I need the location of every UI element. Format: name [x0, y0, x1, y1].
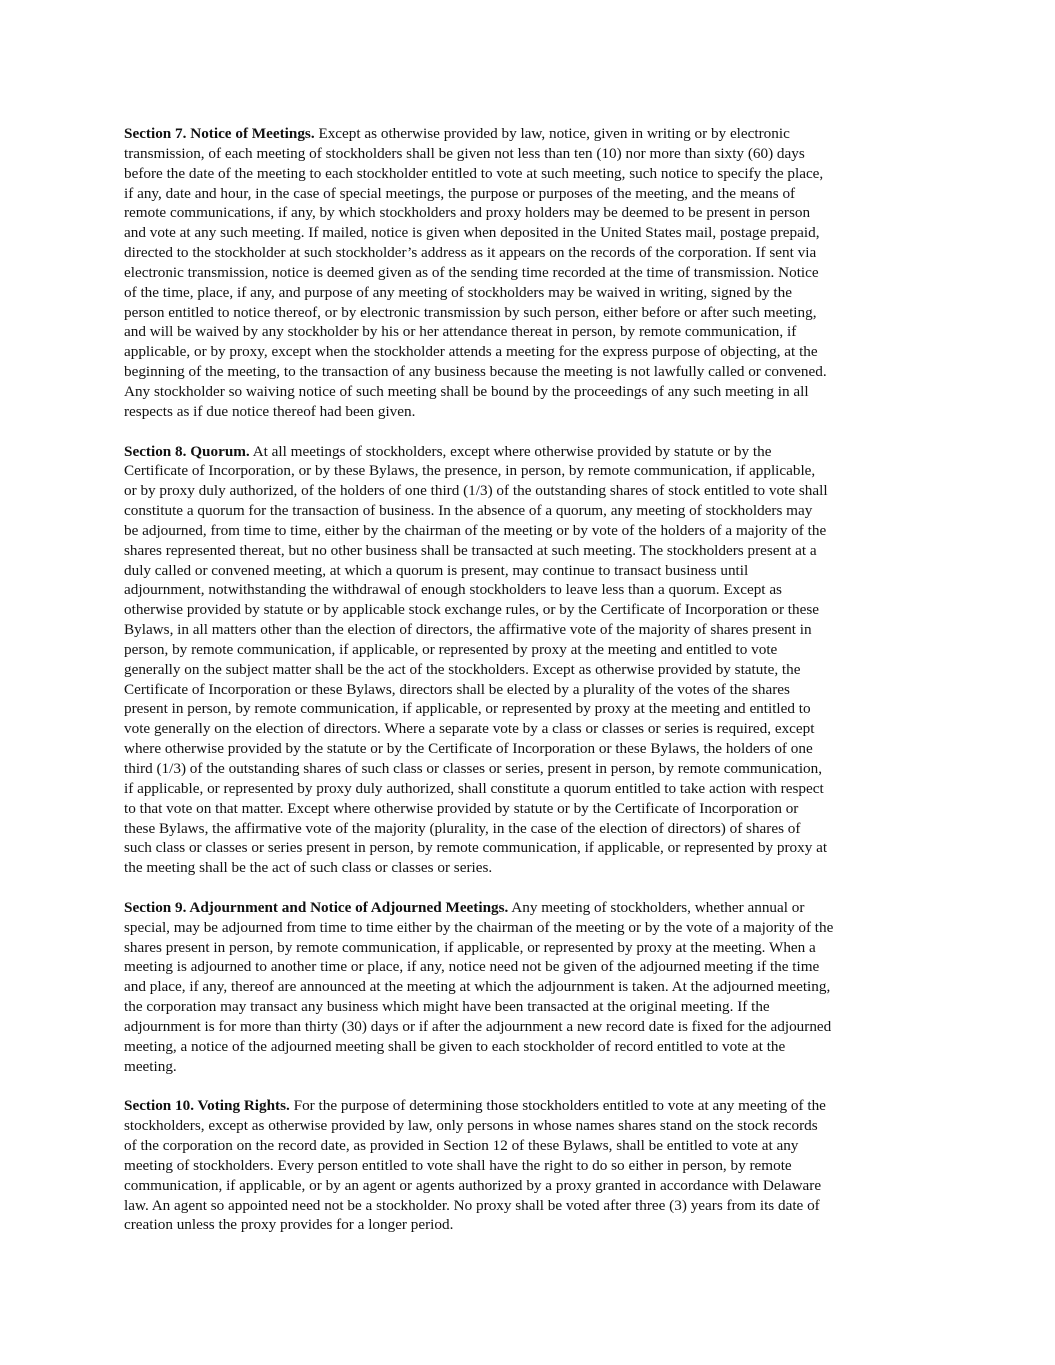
- section-first-line: Section 7. Notice of Meetings. Except as…: [124, 124, 944, 144]
- section-line: person entitled to notice thereof, or by…: [124, 303, 944, 323]
- section-heading: Section 9. Adjournment and Notice of Adj…: [124, 899, 508, 916]
- section-line: shares represented thereat, but no other…: [124, 541, 944, 561]
- section-heading: Section 8. Quorum.: [124, 443, 250, 460]
- section-line: and will be waived by any stockholder by…: [124, 322, 944, 342]
- document-page: Section 7. Notice of Meetings. Except as…: [124, 124, 944, 1255]
- section-line: such class or classes or series present …: [124, 838, 944, 858]
- section-line: and place, if any, thereof are announced…: [124, 977, 944, 997]
- section-line: applicable, or by proxy, except when the…: [124, 342, 944, 362]
- section-line: constitute a quorum for the transaction …: [124, 501, 944, 521]
- section-line: meeting, a notice of the adjourned meeti…: [124, 1037, 944, 1057]
- section-line: meeting.: [124, 1057, 944, 1077]
- section-line: Certificate of Incorporation or these By…: [124, 680, 944, 700]
- section-line: respects as if due notice thereof had be…: [124, 402, 944, 422]
- section-line: adjournment is for more than thirty (30)…: [124, 1017, 944, 1037]
- section-line: electronic transmission, notice is deeme…: [124, 263, 944, 283]
- section-line: to that vote on that matter. Except wher…: [124, 799, 944, 819]
- section-line: remote communications, if any, by which …: [124, 203, 944, 223]
- section-line: meeting is adjourned to another time or …: [124, 957, 944, 977]
- section-line: creation unless the proxy provides for a…: [124, 1215, 944, 1235]
- section-line: adjournment, notwithstanding the withdra…: [124, 580, 944, 600]
- section-text: At all meetings of stockholders, except …: [250, 443, 772, 460]
- section-line: special, may be adjourned from time to t…: [124, 918, 944, 938]
- section-line: these Bylaws, the affirmative vote of th…: [124, 819, 944, 839]
- section-line: Certificate of Incorporation, or by thes…: [124, 461, 944, 481]
- section-line: if applicable, or represented by proxy d…: [124, 779, 944, 799]
- section-line: shares present in person, by remote comm…: [124, 938, 944, 958]
- section-line: third (1/3) of the outstanding shares of…: [124, 759, 944, 779]
- section-line: before the date of the meeting to each s…: [124, 164, 944, 184]
- section-first-line: Section 10. Voting Rights. For the purpo…: [124, 1096, 944, 1116]
- section-line: Bylaws, in all matters other than the el…: [124, 620, 944, 640]
- section-line: transmission, of each meeting of stockho…: [124, 144, 944, 164]
- section-text: For the purpose of determining those sto…: [290, 1097, 826, 1114]
- section-line: law. An agent so appointed need not be a…: [124, 1196, 944, 1216]
- section-line: and vote at any such meeting. If mailed,…: [124, 223, 944, 243]
- section-line: person, by remote communication, if appl…: [124, 640, 944, 660]
- section-line: directed to the stockholder at such stoc…: [124, 243, 944, 263]
- section-line: beginning of the meeting, to the transac…: [124, 362, 944, 382]
- section-line: generally on the subject matter shall be…: [124, 660, 944, 680]
- section-first-line: Section 8. Quorum. At all meetings of st…: [124, 442, 944, 462]
- section-line: meeting of stockholders. Every person en…: [124, 1156, 944, 1176]
- section-line: where otherwise provided by the statute …: [124, 739, 944, 759]
- section-line: if any, date and hour, in the case of sp…: [124, 184, 944, 204]
- section-line: of the corporation on the record date, a…: [124, 1136, 944, 1156]
- section-line: stockholders, except as otherwise provid…: [124, 1116, 944, 1136]
- section-line: or by proxy duly authorized, of the hold…: [124, 481, 944, 501]
- section-line: present in person, by remote communicati…: [124, 699, 944, 719]
- section-10-voting-rights: Section 10. Voting Rights. For the purpo…: [124, 1096, 944, 1235]
- section-text: Except as otherwise provided by law, not…: [315, 125, 790, 142]
- section-line: the meeting shall be the act of such cla…: [124, 858, 944, 878]
- section-8-quorum: Section 8. Quorum. At all meetings of st…: [124, 442, 944, 879]
- section-heading: Section 10. Voting Rights.: [124, 1097, 290, 1114]
- section-first-line: Section 9. Adjournment and Notice of Adj…: [124, 898, 944, 918]
- section-heading: Section 7. Notice of Meetings.: [124, 125, 315, 142]
- section-text: Any meeting of stockholders, whether ann…: [508, 899, 804, 916]
- section-line: of the time, place, if any, and purpose …: [124, 283, 944, 303]
- section-line: communication, if applicable, or by an a…: [124, 1176, 944, 1196]
- section-9-adjournment: Section 9. Adjournment and Notice of Adj…: [124, 898, 944, 1077]
- section-line: Any stockholder so waiving notice of suc…: [124, 382, 944, 402]
- section-line: duly called or convened meeting, at whic…: [124, 561, 944, 581]
- section-line: vote generally on the election of direct…: [124, 719, 944, 739]
- section-line: the corporation may transact any busines…: [124, 997, 944, 1017]
- section-7-notice-of-meetings: Section 7. Notice of Meetings. Except as…: [124, 124, 944, 422]
- section-line: be adjourned, from time to time, either …: [124, 521, 944, 541]
- section-line: otherwise provided by statute or by appl…: [124, 600, 944, 620]
